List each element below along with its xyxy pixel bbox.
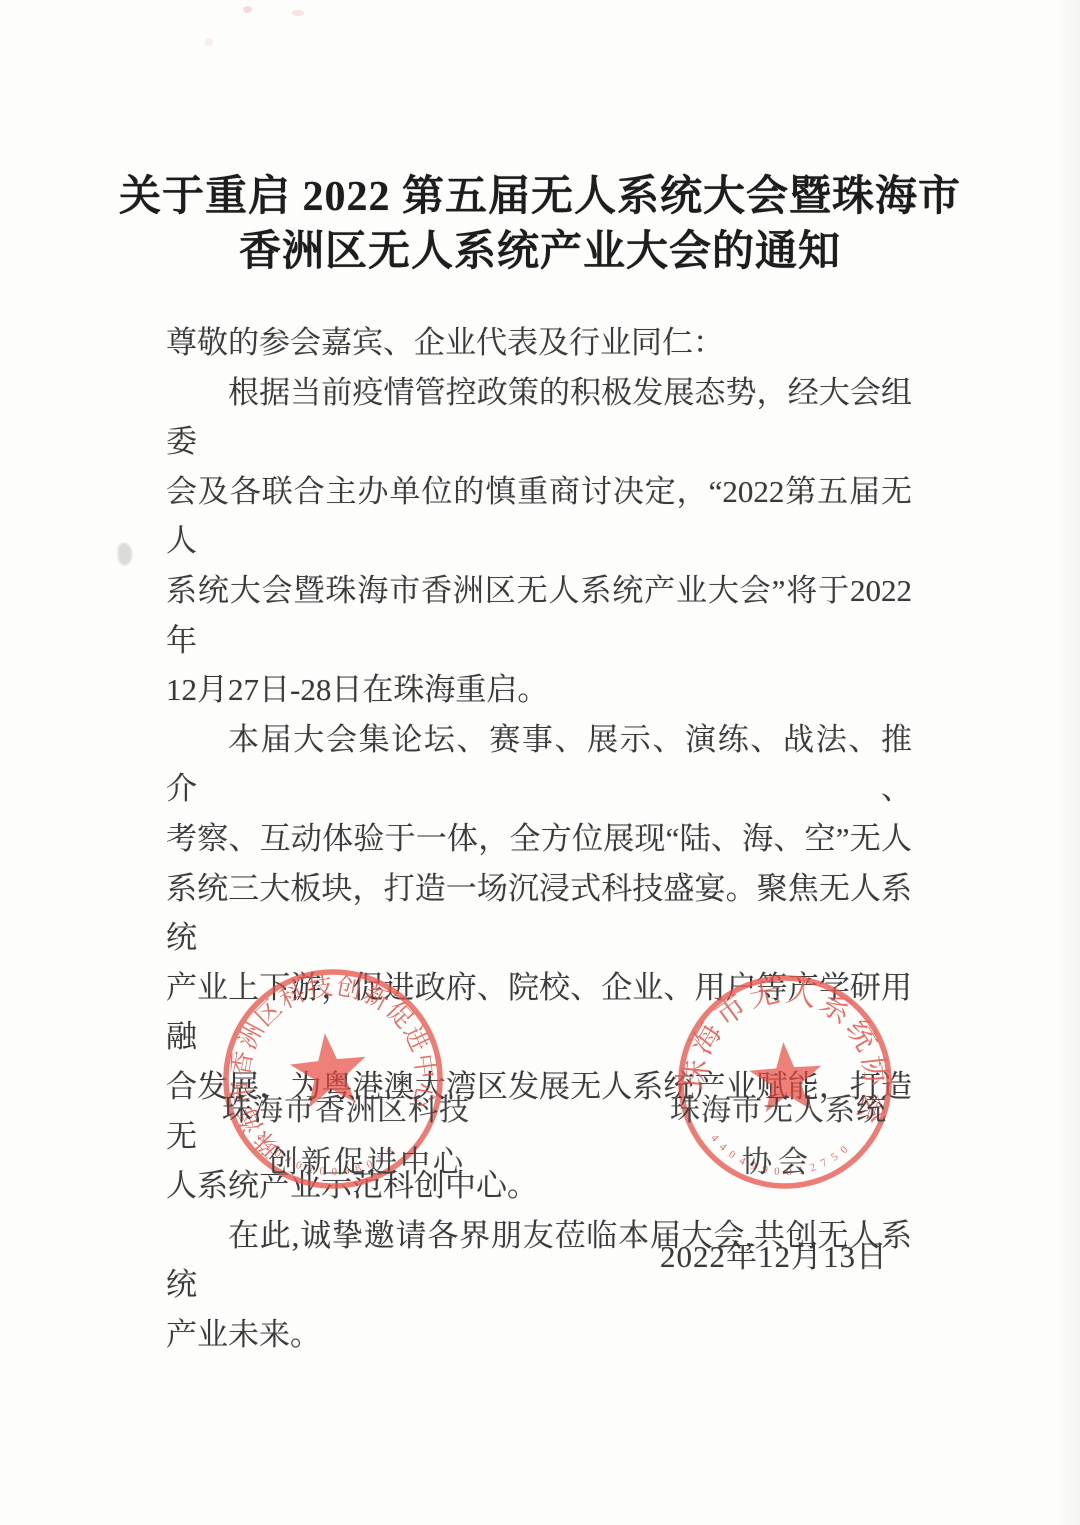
scan-speck [243, 6, 252, 13]
body-line: 本届大会集论坛、赛事、展示、演练、战法、推介、 [166, 715, 912, 814]
salutation-line: 尊敬的参会嘉宾、企业代表及行业同仁： [166, 318, 912, 368]
right-org-name-line1: 珠海市无人系统 [670, 1085, 887, 1129]
body-line: 根据当前疫情管控政策的积极发展态势，经大会组委 [166, 368, 912, 467]
body-line: 系统大会暨珠海市香洲区无人系统产业大会”将于2022年 [166, 566, 912, 665]
left-org-name-line2: 创新促进中心 [268, 1137, 466, 1181]
right-org-name-line2: 协会 [742, 1137, 814, 1181]
body-line: 会及各联合主办单位的慎重商讨决定，“2022第五届无人 [166, 467, 912, 566]
body-line: 12月27日-28日在珠海重启。 [166, 665, 912, 715]
left-org-name-line1: 珠海市香洲区科技 [222, 1085, 470, 1129]
body-line: 考察、互动体验于一体，全方位展现“陆、海、空”无人 [166, 814, 912, 864]
page-title-line1: 关于重启 2022 第五届无人系统大会暨珠海市 [0, 172, 1080, 222]
scan-speck [205, 38, 213, 46]
page-title-line2: 香洲区无人系统产业大会的通知 [0, 227, 1080, 277]
body-line: 产业未来。 [166, 1310, 912, 1360]
scanned-notice-page: 关于重启 2022 第五届无人系统大会暨珠海市 香洲区无人系统产业大会的通知 尊… [0, 0, 1080, 1525]
notice-date: 2022年12月13日 [660, 1231, 888, 1276]
body-line: 系统三大板块，打造一场沉浸式科技盛宴。聚焦无人系统 [166, 864, 912, 963]
scan-smudge [118, 543, 132, 565]
scan-speck [292, 10, 304, 16]
